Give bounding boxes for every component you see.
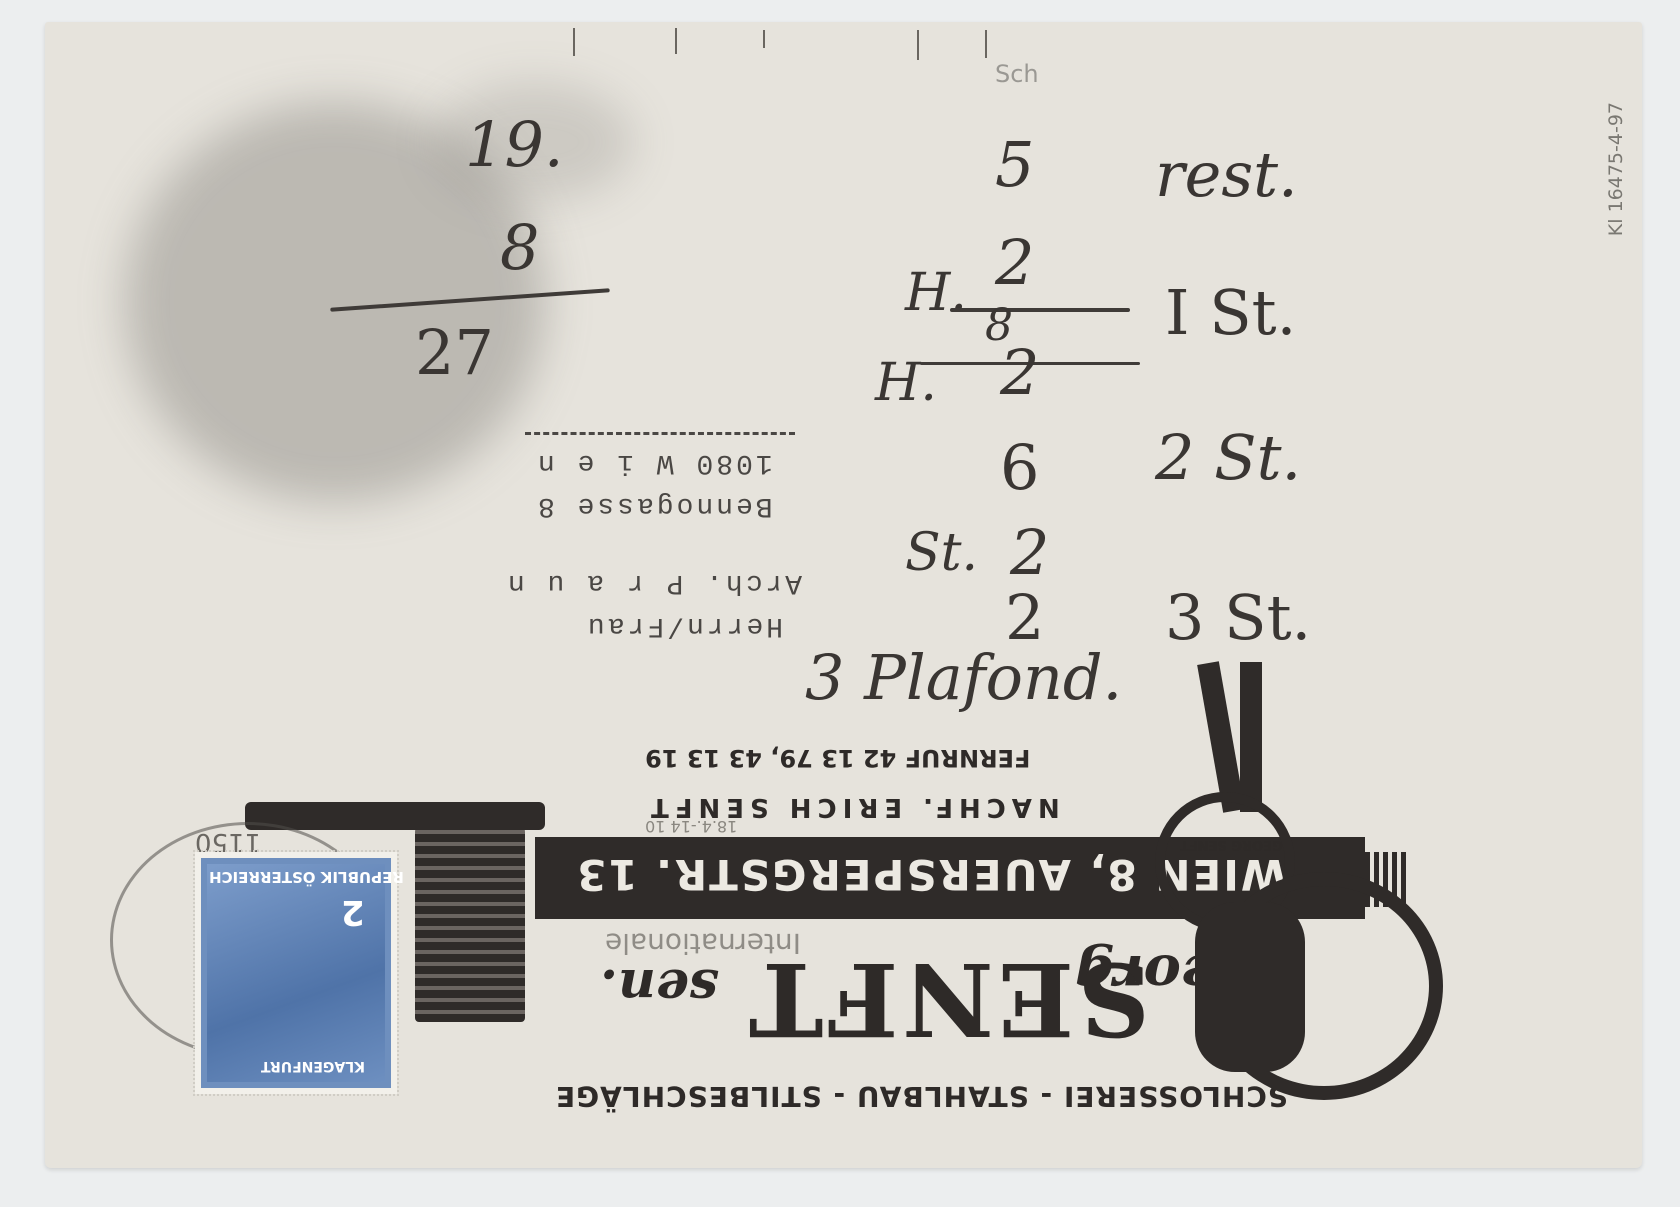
hw-qty: 2 [1000, 342, 1039, 404]
machine-cancel-date: 18.4.-14 10 [645, 817, 737, 836]
stamp-country: REPUBLIK ÖSTERREICH [209, 868, 404, 886]
tick-mark [763, 30, 765, 48]
hw-footer: 3 Plafond. [805, 647, 1122, 709]
hw-label: 3 St. [1165, 587, 1311, 649]
address-dashline [525, 432, 795, 435]
stamp-value: 2 [341, 892, 365, 932]
padlock-body-icon [1195, 902, 1305, 1072]
key-blade-icon [1197, 661, 1245, 813]
hw-sum-total: 27 [415, 322, 494, 384]
stamp-place: KLAGENFURT [261, 1058, 365, 1074]
strike-line [950, 308, 1130, 312]
address-line4: 1080 W i e n [535, 447, 773, 478]
hw-qty: 2 [1005, 587, 1044, 649]
lock-top-graphic [245, 802, 545, 830]
envelope: Sch Kl 16475-4-97 19. 8 27 5 rest. H. 2 … [45, 22, 1642, 1168]
letterhead-surname: SENFT [745, 940, 1150, 1058]
hw-label: I St. [1165, 282, 1296, 344]
hw-qty: 2 [1010, 522, 1049, 584]
key-engraving: GEORG SENFT [1180, 837, 1283, 852]
hw-qty: 6 [1000, 437, 1039, 499]
tick-mark [573, 28, 575, 56]
archive-number: Kl 16475-4-97 [1605, 102, 1627, 236]
pencil-note: Sch [995, 60, 1039, 88]
hw-prefix: St. [905, 527, 978, 579]
letterhead-phone: FERNRUF 42 13 79, 43 13 19 [645, 744, 1030, 772]
hw-prefix: H. [875, 357, 937, 409]
hw-sum-line2: 8 [500, 217, 539, 279]
lock-body-graphic [415, 822, 525, 1022]
key-blade-icon [1240, 662, 1262, 812]
address-line3: Bennogasse 8 [535, 490, 773, 521]
address-line1: Herrn/Frau [585, 610, 783, 641]
hw-qty: 2 [995, 232, 1034, 294]
tick-mark [985, 30, 987, 58]
tick-mark [917, 30, 919, 60]
machine-cancel-text: Internationale [605, 927, 801, 960]
letterhead-services: SCHLOSSEREI - STAHLBAU - STILBESCHLÄGE [555, 1080, 1288, 1113]
letterhead-suffix: sen. [600, 957, 718, 1018]
hw-label: rest. [1155, 144, 1298, 206]
hw-qty: 5 [995, 134, 1034, 196]
hw-label: 2 St. [1155, 427, 1301, 489]
address-line2: Arch. P r a u n [505, 567, 802, 598]
postage-stamp: REPUBLIK ÖSTERREICH 2 KLAGENFURT [195, 852, 397, 1094]
hw-sum-line1: 19. [465, 114, 564, 176]
tick-mark [675, 28, 677, 54]
